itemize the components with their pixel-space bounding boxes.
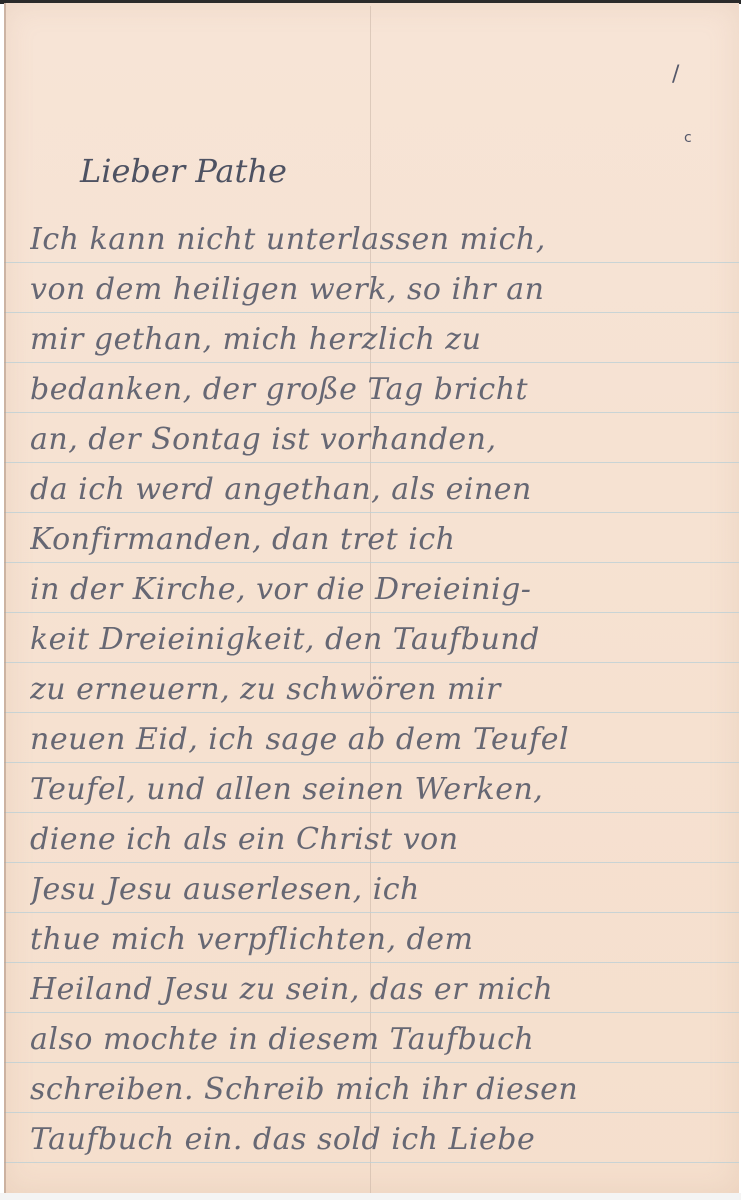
letter-line-6: da ich werd angethan, als einen xyxy=(30,472,720,507)
ruled-line xyxy=(4,1162,739,1163)
letter-line-2: von dem heiligen werk, so ihr an xyxy=(30,272,720,307)
letter-line-14: Jesu Jesu auserlesen, ich xyxy=(30,872,720,907)
letter-line-7: Konfirmanden, dan tret ich xyxy=(30,522,720,557)
scan-bottom-edge xyxy=(0,1193,741,1200)
letter-line-8: in der Kirche, vor die Dreieinig- xyxy=(30,572,720,607)
letter-line-1: Ich kann nicht unterlassen mich, xyxy=(30,222,720,257)
pencil-stroke-mark: / xyxy=(672,62,679,87)
ruled-line xyxy=(4,1012,739,1013)
ruled-line xyxy=(4,812,739,813)
letter-line-18: schreiben. Schreib mich ihr diesen xyxy=(30,1072,720,1107)
letter-line-16: Heiland Jesu zu sein, das er mich xyxy=(30,972,720,1007)
letter-line-11: neuen Eid, ich sage ab dem Teufel xyxy=(30,722,720,757)
ruled-line xyxy=(4,862,739,863)
letter-line-4: bedanken, der große Tag bricht xyxy=(30,372,720,407)
ruled-line xyxy=(4,312,739,313)
left-page-edge xyxy=(4,3,6,1193)
letter-line-17: also mochte in diesem Taufbuch xyxy=(30,1022,720,1057)
ruled-line xyxy=(4,662,739,663)
ruled-line xyxy=(4,562,739,563)
pencil-hook-mark: c xyxy=(684,130,692,146)
ruled-line xyxy=(4,912,739,913)
letter-line-5: an, der Sontag ist vorhanden, xyxy=(30,422,720,457)
letter-line-9: keit Dreieinigkeit, den Taufbund xyxy=(30,622,720,657)
ruled-line xyxy=(4,412,739,413)
letter-line-3: mir gethan, mich herzlich zu xyxy=(30,322,720,357)
letter-line-15: thue mich verpflichten, dem xyxy=(30,922,720,957)
salutation: Lieber Pathe xyxy=(80,152,287,190)
letter-line-13: diene ich als ein Christ von xyxy=(30,822,720,857)
letter-line-12: Teufel, und allen seinen Werken, xyxy=(30,772,720,807)
ruled-line xyxy=(4,512,739,513)
ruled-line xyxy=(4,362,739,363)
ruled-line xyxy=(4,712,739,713)
ruled-line xyxy=(4,612,739,613)
ruled-line xyxy=(4,1112,739,1113)
ruled-line xyxy=(4,1062,739,1063)
letter-line-10: zu erneuern, zu schwören mir xyxy=(30,672,720,707)
letter-line-19: Taufbuch ein. das sold ich Liebe xyxy=(30,1122,720,1157)
ruled-line xyxy=(4,462,739,463)
ruled-line xyxy=(4,962,739,963)
ruled-line xyxy=(4,262,739,263)
ruled-line xyxy=(4,762,739,763)
